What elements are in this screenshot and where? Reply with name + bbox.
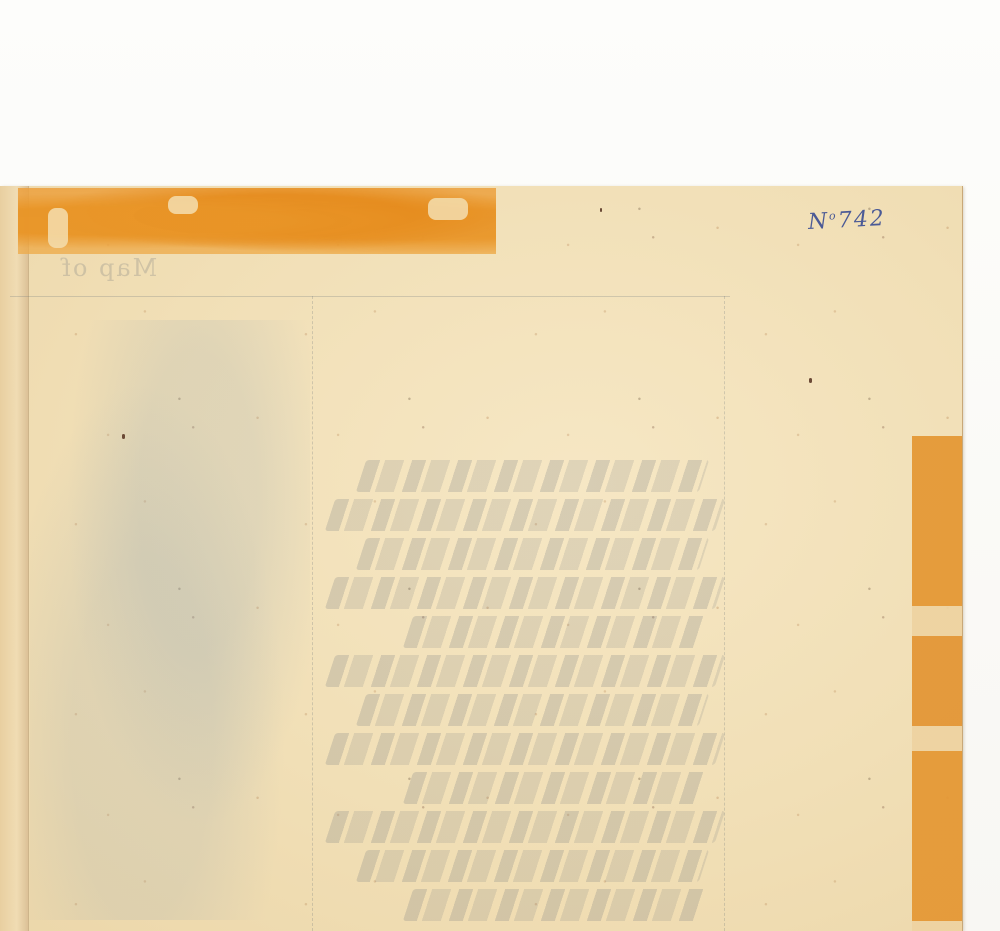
paper-speck	[122, 434, 125, 439]
number-prefix: N	[807, 209, 830, 235]
binding-edge	[0, 186, 29, 931]
paper-speck	[600, 208, 602, 212]
tape-stain-top	[18, 188, 496, 254]
paper-sheet	[0, 186, 962, 931]
stain-gap	[428, 198, 468, 220]
handwritten-inventory-number: No742	[807, 206, 886, 235]
stain-gap	[48, 208, 68, 248]
paper-speck	[809, 378, 812, 383]
tape-stain-right	[912, 436, 962, 931]
number-value: 742	[837, 206, 886, 233]
stain-gap	[168, 196, 198, 214]
